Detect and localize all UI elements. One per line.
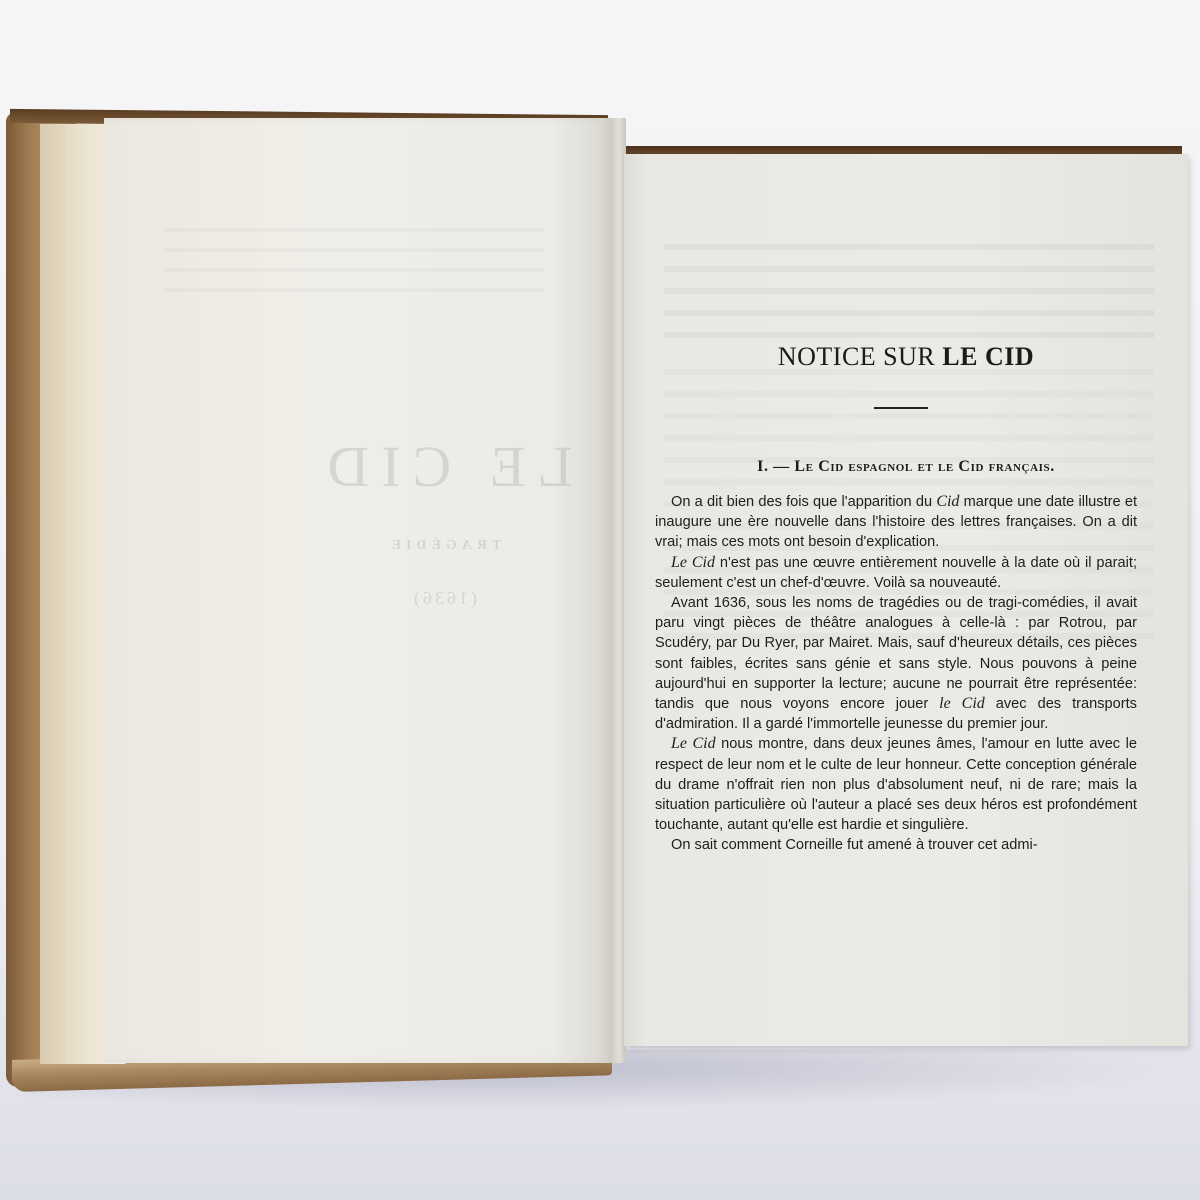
show-through-year: (1636) <box>284 588 604 609</box>
paragraph: On sait comment Corneille fut amené à tr… <box>655 835 1137 855</box>
show-through-subtitle: TRAGÉDIE <box>284 538 604 554</box>
title-divider <box>874 407 928 409</box>
page-title-bold: LE CID <box>942 342 1034 371</box>
page-title-regular: NOTICE SUR <box>778 342 942 371</box>
body-text: On a dit bien des fois que l'apparition … <box>655 492 1137 856</box>
show-through-text-lines <box>164 228 544 298</box>
left-page: LE CID TRAGÉDIE (1636) <box>104 118 612 1063</box>
page-title: NOTICE SUR LE CID <box>624 342 1188 372</box>
paragraph: Avant 1636, sous les noms de tragédies o… <box>655 593 1137 734</box>
section-heading: I. — Le Cid espagnol et le Cid français. <box>624 458 1188 476</box>
show-through-text-lines <box>664 244 1154 354</box>
paragraph: Le Cid nous montre, dans deux jeunes âme… <box>655 734 1137 835</box>
right-page: NOTICE SUR LE CID I. — Le Cid espagnol e… <box>624 154 1188 1046</box>
paragraph: Le Cid n'est pas une œuvre entièrement n… <box>655 553 1137 593</box>
show-through-title: LE CID <box>284 433 604 500</box>
paragraph: On a dit bien des fois que l'apparition … <box>655 492 1137 553</box>
